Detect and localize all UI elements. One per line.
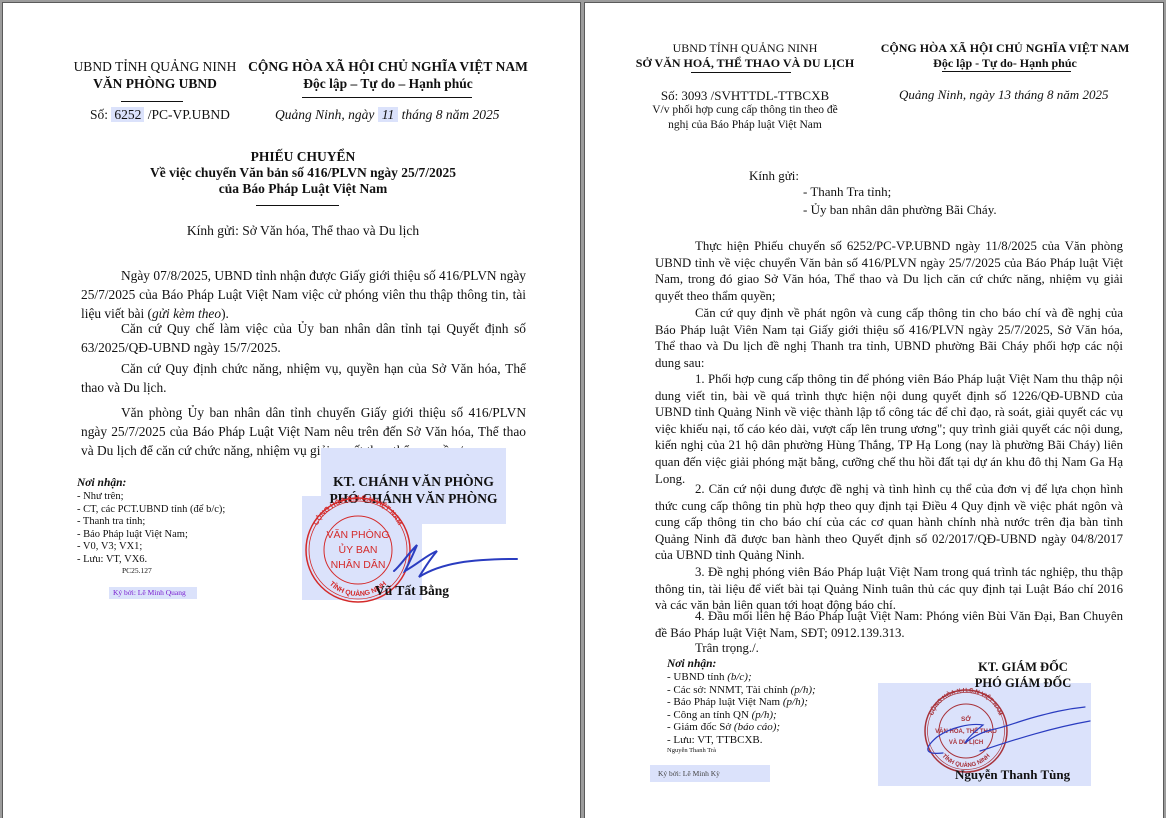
recipient-item: - V0, V3; VX1;	[77, 541, 225, 554]
svg-text:ỦY BAN: ỦY BAN	[339, 543, 378, 556]
addressee: Kính gửi:	[749, 167, 799, 185]
national-header: CỘNG HÒA XÃ HỘI CHỦ NGHĨA VIỆT NAM Độc l…	[248, 58, 528, 92]
paragraph-3: Căn cứ Quy định chức năng, nhiệm vụ, quy…	[81, 359, 526, 397]
national-title: CỘNG HÒA XÃ HỘI CHỦ NGHĨA VIỆT NAM	[248, 58, 528, 75]
recipient-item: - Như trên;	[77, 491, 225, 504]
document-date: Quảng Ninh, ngày 13 tháng 8 năm 2025	[899, 87, 1108, 103]
paragraph-1: Ngày 07/8/2025, UBND tỉnh nhận được Giấy…	[81, 266, 526, 323]
document-subject-2: nghị của Báo Pháp luật Việt Nam	[625, 118, 865, 133]
title-subject: Về việc chuyển Văn bản số 416/PLVN ngày …	[63, 165, 543, 181]
recipient-item: - CT, các PCT.UBND tỉnh (để b/c);	[77, 504, 225, 517]
addressee-list: - Thanh Tra tỉnh; - Ủy ban nhân dân phườ…	[803, 183, 997, 219]
paragraph-2: Căn cứ Quy chế làm việc của Ủy ban nhân …	[81, 319, 526, 357]
recipient-item: - Các sở: NNMT, Tài chính (p/h);	[667, 684, 816, 697]
addressee-item: - Thanh Tra tỉnh;	[803, 183, 997, 201]
national-header: CỘNG HÒA XÃ HỘI CHỦ NGHĨA VIỆT NAM Độc l…	[870, 41, 1140, 71]
recipients-block: Nơi nhận: - UBND tỉnh (b/c); - Các sở: N…	[667, 657, 816, 755]
paragraph-item-1: 1. Phối hợp cung cấp thông tin để phóng …	[655, 371, 1123, 487]
svg-text:VĂN PHÒNG: VĂN PHÒNG	[326, 528, 389, 541]
svg-text:NHÂN DÂN: NHÂN DÂN	[331, 558, 386, 571]
recipient-item: - UBND tỉnh (b/c);	[667, 671, 816, 684]
signed-by-label: Ký bởi: Lê Minh Kỳ	[650, 765, 770, 782]
svg-text:CỘNG HÒA X.H.C.N VIỆT NAM: CỘNG HÒA X.H.C.N VIỆT NAM	[929, 688, 1003, 717]
recipients-block: Nơi nhận: - Như trên; - CT, các PCT.UBND…	[77, 477, 225, 575]
document-number: Số: 3093 /SVHTTDL-TTBCXB V/v phối hợp cu…	[625, 88, 865, 133]
addressee-label: Kính gửi:	[749, 167, 799, 185]
header-underline	[691, 72, 791, 73]
national-motto: Độc lập - Tự do- Hạnh phúc	[870, 56, 1140, 71]
document-number: Số: 6252 /PC-VP.UBND	[90, 107, 230, 123]
paragraph-item-3: 3. Đề nghị phóng viên Báo Pháp luật Việt…	[655, 564, 1123, 614]
drafter-name: Nguyễn Thanh Trà	[667, 747, 816, 755]
issuer-header: UBND TỈNH QUẢNG NINH SỞ VĂN HOÁ, THỂ THA…	[625, 41, 865, 71]
title-kind: PHIẾU CHUYỂN	[63, 149, 543, 165]
national-title: CỘNG HÒA XÃ HỘI CHỦ NGHĨA VIỆT NAM	[870, 41, 1140, 56]
svg-text:SỞ: SỞ	[961, 714, 971, 723]
signer-name: Nguyễn Thanh Tùng	[955, 767, 1070, 783]
document-page-1: UBND TỈNH QUẢNG NINH VĂN PHÒNG UBND CỘNG…	[2, 2, 581, 818]
signer-name: Vũ Tất Bằng	[375, 583, 449, 599]
recipient-item: - Giám đốc Sở (báo cáo);	[667, 721, 816, 734]
recipient-item: - Thanh tra tỉnh;	[77, 516, 225, 529]
issuer-office: VĂN PHÒNG UBND	[65, 75, 245, 92]
paragraph-2: Căn cứ quy định về phát ngôn và cung cấp…	[655, 305, 1123, 371]
recipient-item: - Công an tỉnh QN (p/h);	[667, 709, 816, 722]
closing: Trân trọng./.	[695, 641, 759, 656]
svg-text:CỘNG HÒA X.H.C.N VIỆT NAM: CỘNG HÒA X.H.C.N VIỆT NAM	[313, 495, 403, 527]
document-page-2: UBND TỈNH QUẢNG NINH SỞ VĂN HOÁ, THỂ THA…	[584, 2, 1164, 818]
signed-by-label: Ký bởi: Lê Minh Quang	[109, 587, 197, 599]
reference-code: PC25.127	[122, 566, 225, 575]
recipient-item: - Lưu: VT, TTBCXB.	[667, 734, 816, 747]
document-date-day: 11	[378, 107, 399, 122]
paragraph-item-4: 4. Đầu mối liên hệ Báo Pháp luật Việt Na…	[655, 608, 1123, 641]
issuer-province: UBND TỈNH QUẢNG NINH	[625, 41, 865, 56]
document-title: PHIẾU CHUYỂN Về việc chuyển Văn bản số 4…	[63, 149, 543, 197]
title-underline	[256, 205, 339, 206]
document-subject: V/v phối hợp cung cấp thông tin theo đề	[625, 103, 865, 118]
document-number-value: 6252	[111, 107, 144, 122]
addressee: Kính gửi: Sở Văn hóa, Thể thao và Du lịc…	[63, 223, 543, 239]
paragraph-1: Thực hiện Phiếu chuyển số 6252/PC-VP.UBN…	[655, 238, 1123, 304]
national-motto: Độc lập – Tự do – Hạnh phúc	[248, 75, 528, 92]
addressee-item: - Ủy ban nhân dân phường Bãi Cháy.	[803, 201, 997, 219]
motto-underline	[302, 97, 472, 98]
recipient-item: - Báo Pháp luật Việt Nam;	[77, 529, 225, 542]
issuer-office: SỞ VĂN HOÁ, THỂ THAO VÀ DU LỊCH	[625, 56, 865, 71]
recipients-heading: Nơi nhận:	[77, 477, 225, 489]
paragraph-item-2: 2. Căn cứ nội dung được đề nghị và tình …	[655, 481, 1123, 564]
recipients-heading: Nơi nhận:	[667, 657, 816, 671]
title-subject-2: của Báo Pháp Luật Việt Nam	[63, 181, 543, 197]
issuer-province: UBND TỈNH QUẢNG NINH	[65, 58, 245, 75]
recipient-item: - Lưu: VT, VX6.	[77, 554, 225, 567]
issuer-header: UBND TỈNH QUẢNG NINH VĂN PHÒNG UBND	[65, 58, 245, 92]
header-underline	[121, 101, 183, 102]
recipient-item: - Báo Pháp luật Việt Nam (p/h);	[667, 696, 816, 709]
motto-underline	[942, 71, 1071, 72]
document-date: Quảng Ninh, ngày 11 tháng 8 năm 2025	[275, 107, 500, 123]
